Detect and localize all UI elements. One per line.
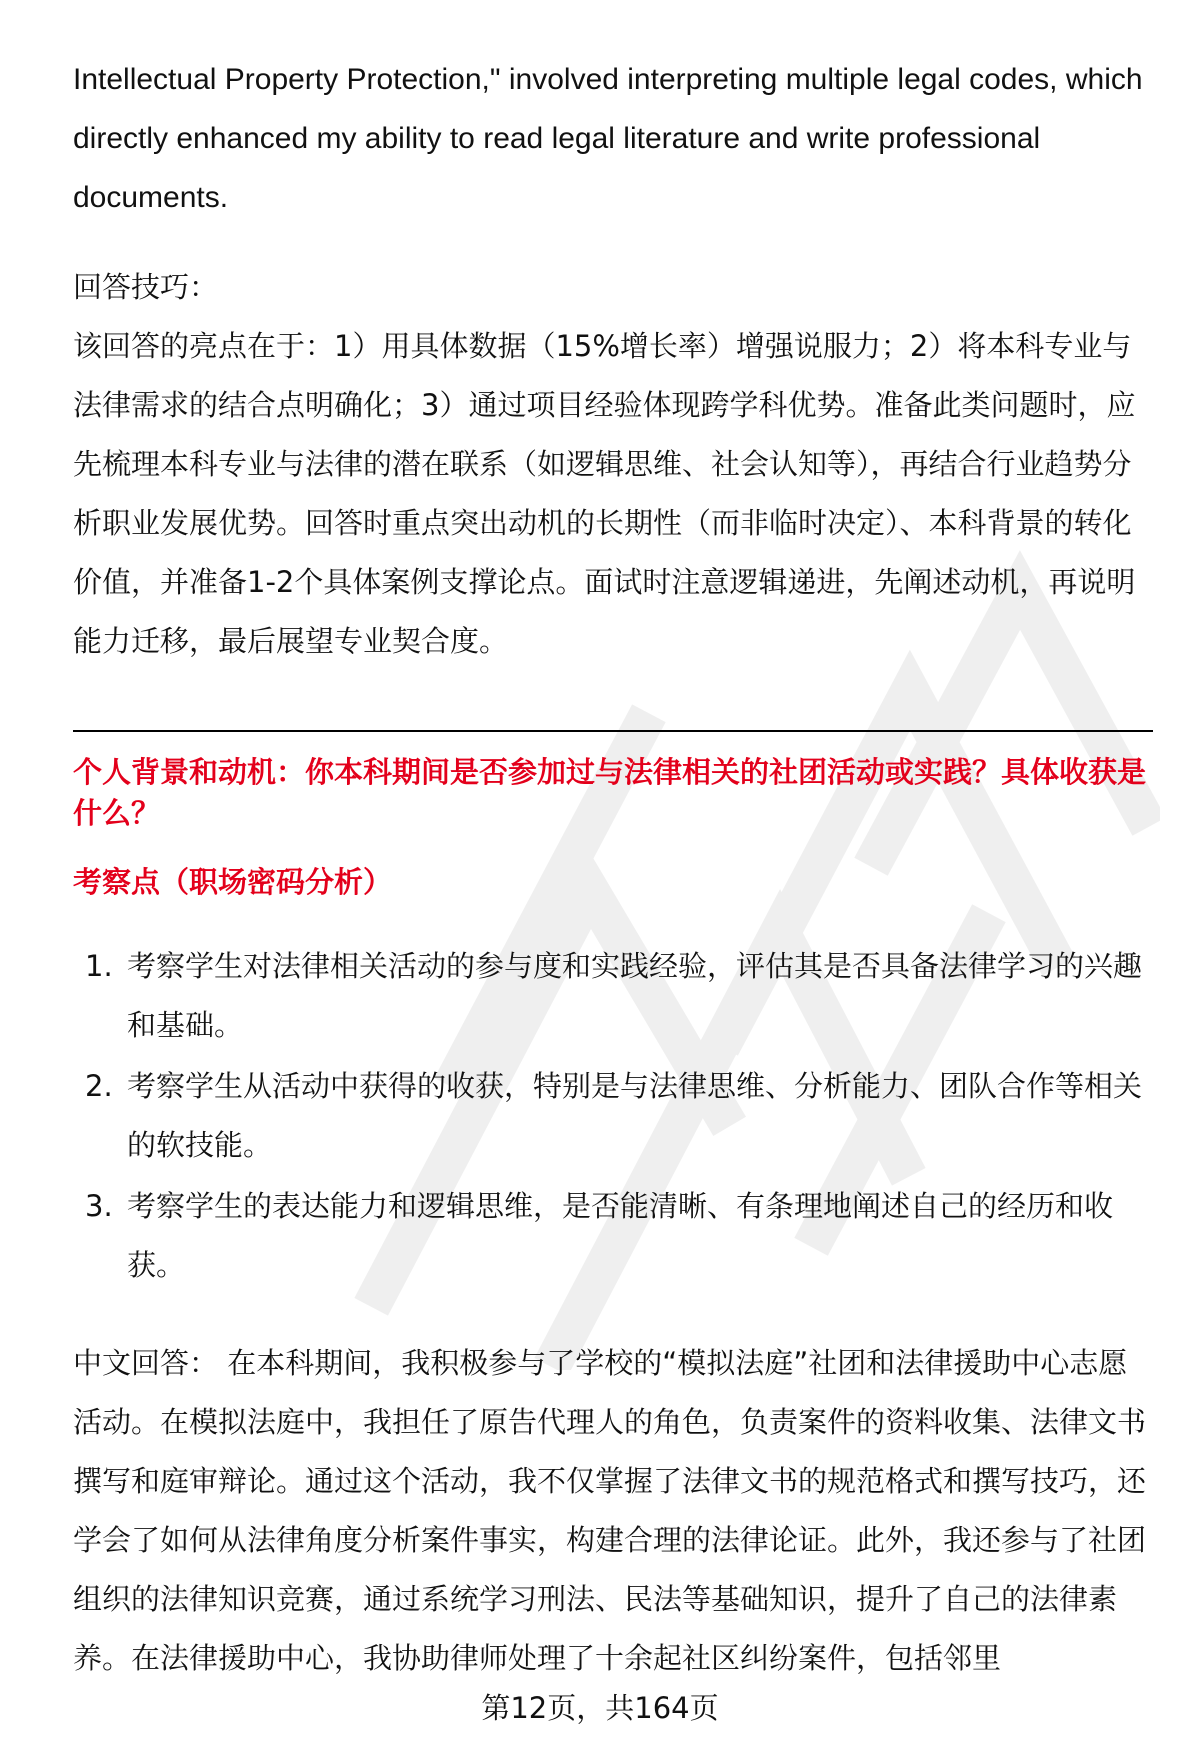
assessment-points-list: 1. 考察学生对法律相关活动的参与度和实践经验，评估其是否具备法律学习的兴趣和基… bbox=[73, 937, 1153, 1297]
assessment-point-text: 考察学生对法律相关活动的参与度和实践经验，评估其是否具备法律学习的兴趣和基础。 bbox=[127, 949, 1142, 1042]
list-number: 2. bbox=[85, 1057, 113, 1116]
list-number: 1. bbox=[85, 937, 113, 996]
assessment-point-text: 考察学生从活动中获得的收获，特别是与法律思维、分析能力、团队合作等相关的软技能。 bbox=[127, 1069, 1142, 1162]
assessment-points-heading: 考察点（职场密码分析） bbox=[73, 862, 392, 903]
chinese-answer: 中文回答： 在本科期间，我积极参与了学校的“模拟法庭”社团和法律援助中心志愿活动… bbox=[73, 1334, 1153, 1688]
assessment-point: 3. 考察学生的表达能力和逻辑思维，是否能清晰、有条理地阐述自己的经历和收获。 bbox=[73, 1177, 1153, 1295]
section-divider bbox=[73, 730, 1153, 732]
question-title: 个人背景和动机：你本科期间是否参加过与法律相关的社团活动或实践？具体收获是什么？ bbox=[73, 752, 1153, 834]
answer-tips-body: 该回答的亮点在于：1）用具体数据（15%增长率）增强说服力；2）将本科专业与法律… bbox=[73, 317, 1153, 671]
page-indicator: 第12页，共164页 bbox=[0, 1688, 1200, 1728]
assessment-point-text: 考察学生的表达能力和逻辑思维，是否能清晰、有条理地阐述自己的经历和收获。 bbox=[127, 1189, 1113, 1282]
answer-tips-label: 回答技巧： bbox=[73, 258, 218, 317]
english-answer-continuation: Intellectual Property Protection," invol… bbox=[73, 50, 1153, 227]
assessment-point: 1. 考察学生对法律相关活动的参与度和实践经验，评估其是否具备法律学习的兴趣和基… bbox=[73, 937, 1153, 1055]
assessment-point: 2. 考察学生从活动中获得的收获，特别是与法律思维、分析能力、团队合作等相关的软… bbox=[73, 1057, 1153, 1175]
list-number: 3. bbox=[85, 1177, 113, 1236]
